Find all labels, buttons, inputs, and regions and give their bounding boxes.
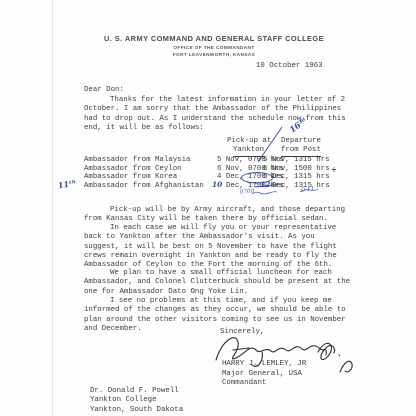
signer-title: Commandant — [222, 379, 266, 388]
scanned-letter-page: U. S. ARMY COMMAND AND GENERAL STAFF COL… — [0, 0, 416, 416]
row-departure: 5 Dec, 1315 hrs — [263, 173, 330, 181]
paragraph-4: We plan to have a small official luncheo… — [84, 269, 352, 297]
recipient-name: Dr. Donald F. Powell — [90, 387, 179, 396]
closing: Sincerely, — [220, 328, 264, 337]
ink-squiggle-pickup — [252, 192, 277, 194]
letterhead-office: OFFICE OF THE COMMANDANT — [52, 45, 376, 50]
letterhead-location: FORT LEAVENWORTH, KANSAS — [52, 52, 376, 57]
handwritten-departure-date: 12 — [260, 180, 270, 189]
salutation: Dear Don: — [84, 86, 124, 95]
pickup-header-line1: Pick-up at — [227, 137, 271, 146]
handwritten-scribble-pickup: 0700 — [240, 187, 255, 198]
letterhead-title: U. S. ARMY COMMAND AND GENERAL STAFF COL… — [52, 34, 376, 43]
row-label: Ambassador from Ceylon — [84, 165, 182, 173]
handwritten-scribble-departure: D 11 — [300, 185, 315, 196]
row-departure: 5 Nov, 1315 hrs — [263, 156, 330, 164]
paragraph-2: Pick-up will be by Army aircraft, and th… — [84, 206, 352, 225]
row-label: Ambassador from Malaysia — [84, 156, 190, 164]
paragraph-3: In each case we will fly you or your rep… — [84, 224, 352, 270]
recipient-location: Yankton, South Dakota — [90, 406, 183, 415]
paragraph-1: Thanks for the latest information in you… — [84, 96, 352, 133]
recipient-org: Yankton College — [90, 396, 157, 405]
letter-date: 10 October 1963 — [256, 62, 323, 71]
departure-header-line1: Departure — [281, 137, 321, 146]
row-label: Ambassador from Afghanistan — [84, 182, 204, 190]
paragraph-5: I see no problems at this time, and if y… — [84, 297, 352, 334]
row-departure: 6 Nov, 1500 hrs — [263, 165, 330, 173]
handwritten-margin-note: 11ᵗʰ — [57, 178, 77, 190]
handwritten-pickup-date: 10 — [212, 180, 222, 189]
page-edge-line — [52, 0, 53, 416]
signer-name: HARRY J. LEMLEY, JR — [222, 360, 306, 369]
signer-rank: Major General, USA — [222, 370, 302, 379]
row-label: Ambassador from Korea — [84, 173, 177, 181]
